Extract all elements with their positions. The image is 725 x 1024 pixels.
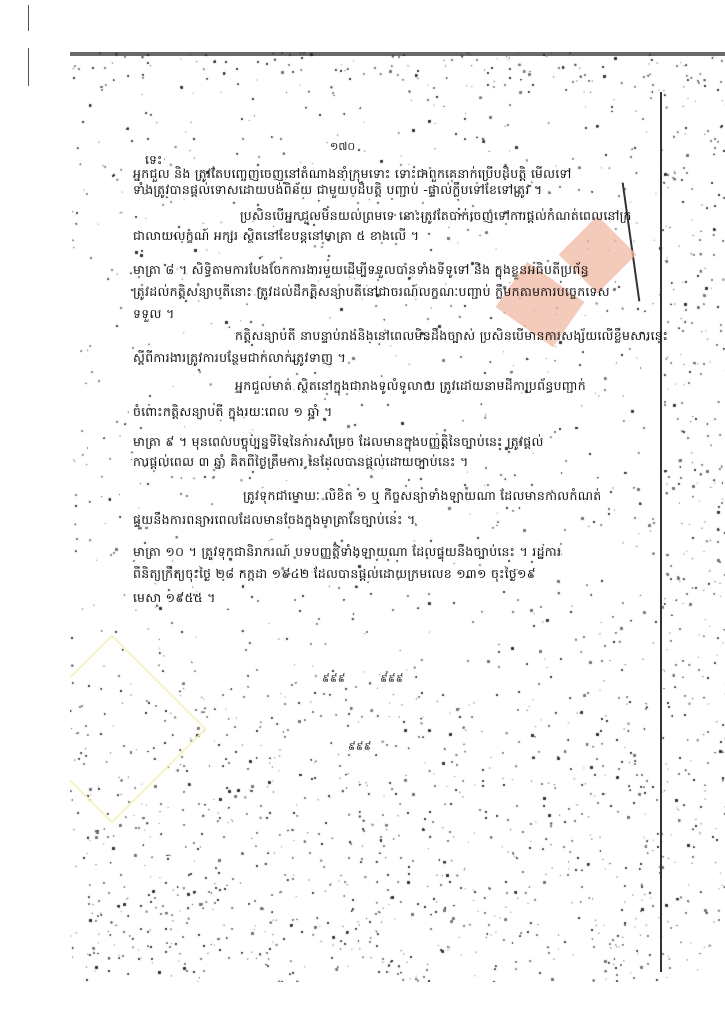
text-line: ផ្ទុយនឹងការពន្យារពេលដែលមានចែងក្នុងមាត្រា… <box>133 512 416 528</box>
closing-ornament: ៩៩៩ <box>322 672 345 688</box>
article-10-line: មាត្រា ១០ ។ ត្រូវទុកជានិរាករណ៍ បទបញ្ញត្ត… <box>133 544 561 560</box>
document-body: ១៧០ ទេះ អ្នកជួល និង ត្រូវតែបញ្ចេញចេញនៅតំ… <box>0 0 725 1024</box>
text-line: មេសា ១៩៥៥ ។ <box>133 590 216 606</box>
text-line: ទទួល ។ <box>133 306 174 322</box>
text-line: កត្តិសន្យាបតី នាបន្ទាប់រាងនិងនៅពេលមិនដឹង… <box>235 328 668 344</box>
text-line: ស្តីពីការងារត្រូវការបន្ថែមជាក់លាក់ត្រូវទ… <box>133 350 346 366</box>
text-line: ការផ្តល់ពេល ៣ ឆ្នាំ គិតពីថ្ងៃត្រឹមការ នៃ… <box>133 454 469 470</box>
article-8-line: មាត្រា ៨ ។ សិទ្ធិតាមការបែងចែកការងារមួយដើ… <box>133 262 589 278</box>
article-9-line: មាត្រា ៩ ។ មុនពេលបច្ចុប្បន្នទីទៃនៃការសម្… <box>133 434 544 450</box>
text-line: អ្នកជួលមាត់ ស្ថិតនៅក្នុងជារាងទូលំទូលាយ ត… <box>235 378 586 394</box>
text-line: ទាំងត្រូវបានផ្តល់ទោសដោយបង់ពិន័យ ជាមួយបដិ… <box>133 182 542 198</box>
text-line: ពិនិត្យក្រឹត្យចុះថ្ងៃ ២៨ កក្កដា ១៩៤២ ដែល… <box>133 566 536 582</box>
text-line: ជាលាយលក្ខណ៍ អក្សរ ស្ថិតនៅខែបន្តនៅមាត្រា … <box>133 228 419 244</box>
closing-ornament: ៩៩៩ <box>380 672 403 688</box>
page-number: ១៧០ <box>330 140 355 156</box>
text-line: ចំពោះកត្តិសន្យាបតី ក្នុងរយៈពេល ១ ឆ្នាំ ។ <box>133 404 333 420</box>
text-line: ត្រូវដល់កត្តិសន្យាបតីនោះ ត្រូវដល់ដឹកត្តិ… <box>133 284 610 300</box>
closing-ornament: ៩៩៩ <box>348 740 371 756</box>
text-line: ប្រសិនបើអ្នកជួលមិនយល់ព្រមទេ នោះត្រូវតែបា… <box>240 208 632 224</box>
text-line: ត្រូវទុកជាមោឃៈ លិខិត ១ ឬ កិច្ចសន្យាទាំងឡ… <box>243 488 602 504</box>
text-line: អ្នកជួល និង ត្រូវតែបញ្ចេញចេញនៅតំណាងនាំក្… <box>133 166 572 182</box>
